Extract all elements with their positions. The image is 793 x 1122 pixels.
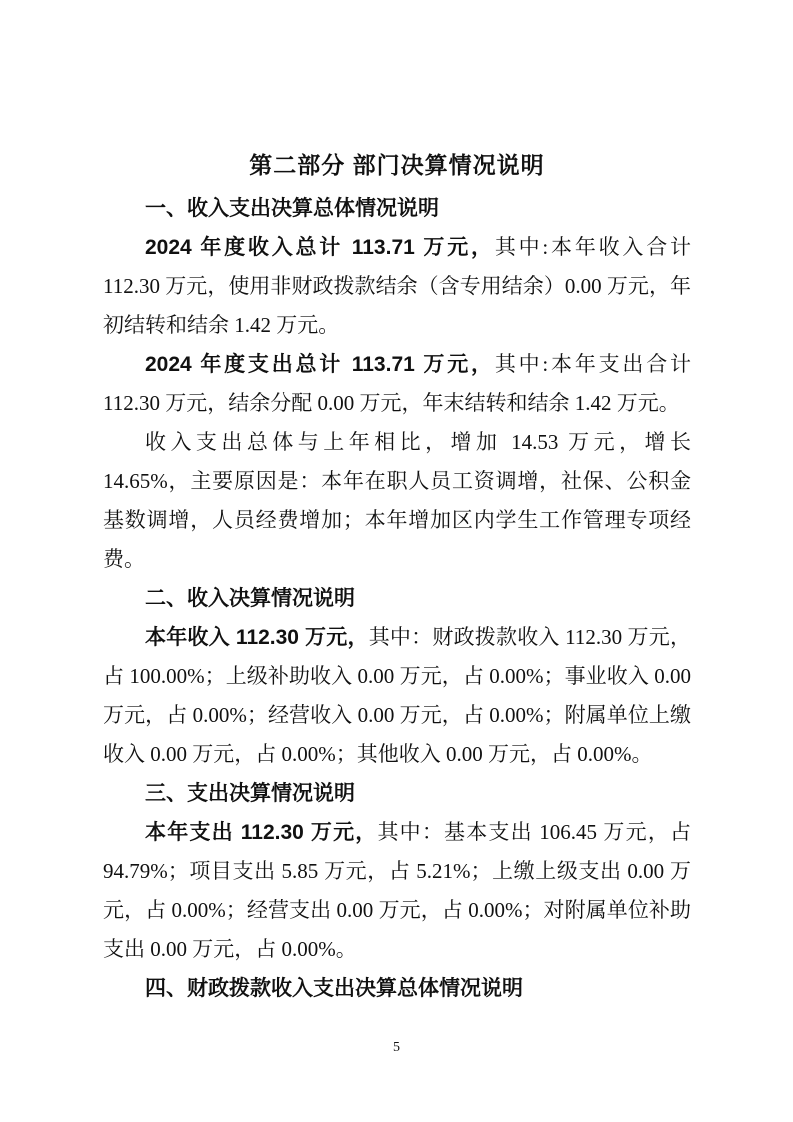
paragraph: 本年收入 112.30 万元，其中：财政拨款收入 112.30 万元，占 100… xyxy=(103,618,691,774)
section-heading-1: 一、收入支出决算总体情况说明 xyxy=(103,189,691,228)
paragraph: 收入支出总体与上年相比，增加 14.53 万元，增长 14.65%，主要原因是：… xyxy=(103,423,691,579)
paragraph: 2024 年度支出总计 113.71 万元，其中:本年支出合计 112.30 万… xyxy=(103,345,691,423)
section-heading-4: 四、财政拨款收入支出决算总体情况说明 xyxy=(103,969,691,1008)
paragraph: 本年支出 112.30 万元，其中：基本支出 106.45 万元，占 94.79… xyxy=(103,813,691,969)
page-number: 5 xyxy=(0,1040,793,1056)
paragraph: 2024 年度收入总计 113.71 万元，其中:本年收入合计 112.30 万… xyxy=(103,228,691,345)
section-heading-3: 三、支出决算情况说明 xyxy=(103,774,691,813)
document-page: 第二部分 部门决算情况说明 一、收入支出决算总体情况说明 2024 年度收入总计… xyxy=(0,0,793,1122)
paragraph-bold-lead: 2024 年度支出总计 113.71 万元， xyxy=(145,353,495,376)
paragraph-text: 收入支出总体与上年相比，增加 14.53 万元，增长 14.65%，主要原因是：… xyxy=(103,430,691,571)
paragraph-bold-lead: 本年收入 112.30 万元， xyxy=(145,626,369,649)
paragraph-bold-lead: 本年支出 112.30 万元， xyxy=(145,821,377,844)
paragraph-bold-lead: 2024 年度收入总计 113.71 万元， xyxy=(145,236,495,259)
document-content: 第二部分 部门决算情况说明 一、收入支出决算总体情况说明 2024 年度收入总计… xyxy=(103,146,691,1008)
page-title: 第二部分 部门决算情况说明 xyxy=(103,146,691,185)
section-heading-2: 二、收入决算情况说明 xyxy=(103,579,691,618)
